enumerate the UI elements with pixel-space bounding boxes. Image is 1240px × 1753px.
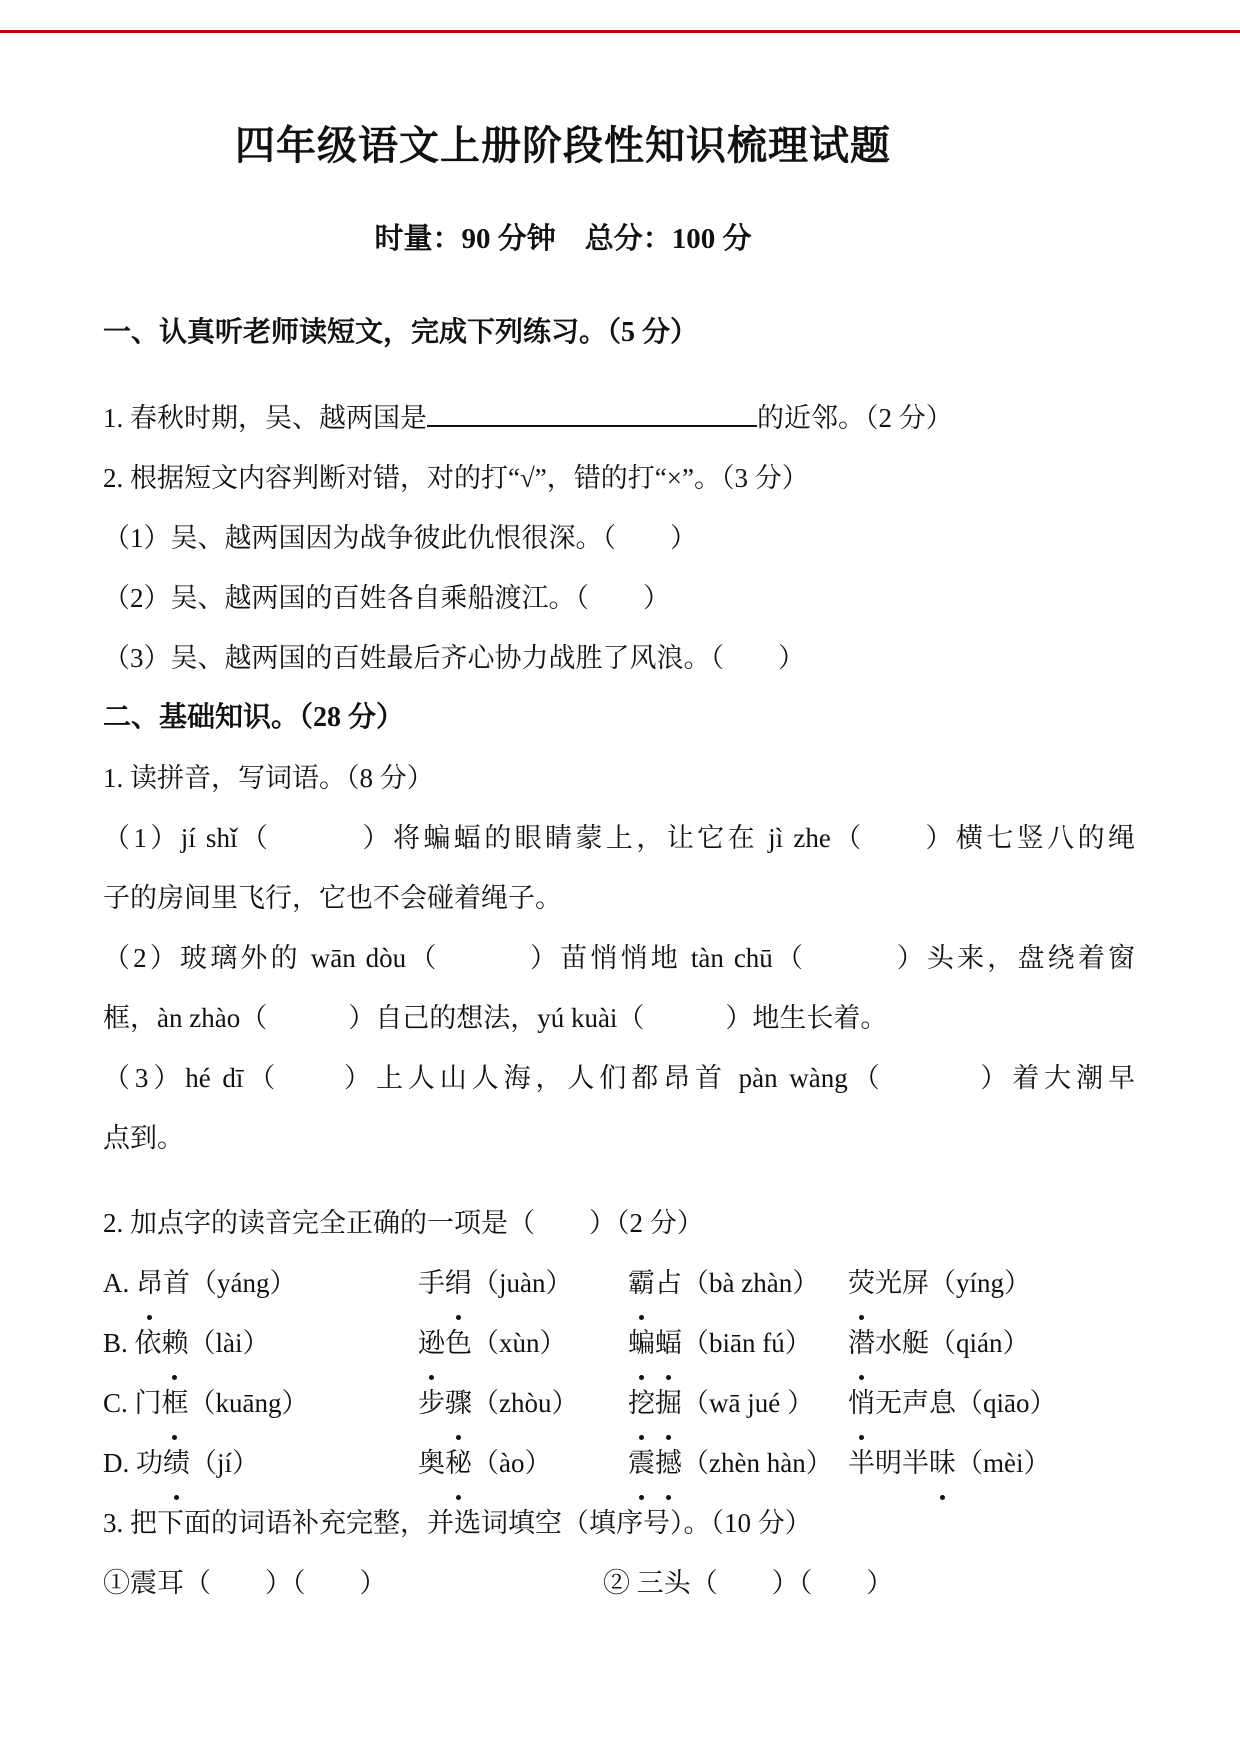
section-2-heading: 二、基础知识。（28 分） [103, 688, 1135, 748]
emphasis-dotted-char: 赖 [162, 1313, 189, 1373]
emphasis-dotted-char: 绩 [163, 1433, 190, 1493]
judge-item-1: （1）吴、越两国因为战争彼此仇恨很深。（ ） [103, 508, 1135, 568]
choices-block: A. 昂首（yáng）手绢（juàn）霸占（bà zhàn）荧光屏（yíng）B… [103, 1253, 1135, 1493]
fill-blank-line [427, 391, 757, 427]
judge-item-3: （3）吴、越两国的百姓最后齐心协力战胜了风浪。（ ） [103, 628, 1135, 688]
word-fill-item-1: ①震耳（ ）（ ） [103, 1553, 603, 1613]
emphasis-dotted-char: 逊 [418, 1313, 445, 1373]
question-1-pre: 1. 春秋时期，吴、越两国是 [103, 403, 427, 433]
choice-option: C. 门框（kuāng） [103, 1373, 418, 1433]
choice-option: 悄无声息（qiāo） [848, 1373, 1135, 1433]
question-1: 1. 春秋时期，吴、越两国是的近邻。（2 分） [103, 388, 1135, 448]
choice-option: 奥秘（ào） [418, 1433, 628, 1493]
question-2: 2. 根据短文内容判断对错，对的打“√”，错的打“×”。（3 分） [103, 448, 1135, 508]
choice-option: 震撼（zhèn hàn） [628, 1433, 848, 1493]
exam-page: 四年级语文上册阶段性知识梳理试题 时量：90 分钟 总分：100 分 一、认真听… [0, 0, 1240, 1613]
pinyin-line-1b: 子的房间里飞行，它也不会碰着绳子。 [103, 868, 1135, 928]
pinyin-line-2a: （2）玻璃外的 wān dòu（ ）苗悄悄地 tàn chū（ ）头来，盘绕着窗 [103, 928, 1135, 988]
page-title: 四年级语文上册阶段性知识梳理试题 [103, 0, 1023, 170]
top-red-divider [0, 30, 1240, 33]
pinyin-line-3a: （3）hé dī（ ）上人山人海，人们都昂首 pàn wàng（ ）着大潮早 [103, 1048, 1135, 1108]
choice-option: 手绢（juàn） [418, 1253, 628, 1313]
emphasis-dotted-char: 蝠 [655, 1313, 682, 1373]
emphasis-dotted-char: 绢 [445, 1253, 472, 1313]
section-1-heading: 一、认真听老师读短文，完成下列练习。（5 分） [103, 303, 1135, 363]
judge-item-2: （2）吴、越两国的百姓各自乘船渡江。（ ） [103, 568, 1135, 628]
choice-row: B. 依赖（lài）逊色（xùn）蝙蝠（biān fú）潜水艇（qián） [103, 1313, 1135, 1373]
emphasis-dotted-char: 昧 [929, 1433, 956, 1493]
choice-option: 半明半昧（mèi） [848, 1433, 1135, 1493]
choice-option: 逊色（xùn） [418, 1313, 628, 1373]
choice-option: 蝙蝠（biān fú） [628, 1313, 848, 1373]
word-fill-line: ①震耳（ ）（ ）② 三头（ ）（ ） [103, 1553, 1135, 1613]
exam-body: 一、认真听老师读短文，完成下列练习。（5 分） 1. 春秋时期，吴、越两国是的近… [103, 303, 1135, 1613]
pinyin-line-1a: （1）jí shǐ（ ）将蝙蝠的眼睛蒙上，让它在 jì zhe（ ）横七竖八的绳 [103, 808, 1135, 868]
emphasis-dotted-char: 挖 [628, 1373, 655, 1433]
emphasis-dotted-char: 昂 [136, 1253, 163, 1313]
emphasis-dotted-char: 骤 [445, 1373, 472, 1433]
choice-row: A. 昂首（yáng）手绢（juàn）霸占（bà zhàn）荧光屏（yíng） [103, 1253, 1135, 1313]
emphasis-dotted-char: 震 [628, 1433, 655, 1493]
pinyin-line-3b: 点到。 [103, 1108, 1135, 1168]
basics-question-2: 2. 加点字的读音完全正确的一项是（ ）（2 分） [103, 1193, 1135, 1253]
choice-row: D. 功绩（jí）奥秘（ào）震撼（zhèn hàn）半明半昧（mèi） [103, 1433, 1135, 1493]
word-fill-item-2: ② 三头（ ）（ ） [603, 1568, 893, 1598]
choice-option: 荧光屏（yíng） [848, 1253, 1135, 1313]
choice-option: 霸占（bà zhàn） [628, 1253, 848, 1313]
exam-meta-time-score: 时量：90 分钟 总分：100 分 [103, 222, 1023, 257]
choice-row: C. 门框（kuāng）步骤（zhòu）挖掘（wā jué ）悄无声息（qiāo… [103, 1373, 1135, 1433]
choice-option: B. 依赖（lài） [103, 1313, 418, 1373]
emphasis-dotted-char: 悄 [848, 1373, 875, 1433]
emphasis-dotted-char: 蝙 [628, 1313, 655, 1373]
emphasis-dotted-char: 霸 [628, 1253, 655, 1313]
emphasis-dotted-char: 潜 [848, 1313, 875, 1373]
emphasis-dotted-char: 撼 [655, 1433, 682, 1493]
emphasis-dotted-char: 框 [162, 1373, 189, 1433]
choice-option: 潜水艇（qián） [848, 1313, 1135, 1373]
emphasis-dotted-char: 掘 [655, 1373, 682, 1433]
emphasis-dotted-char: 秘 [445, 1433, 472, 1493]
question-1-post: 的近邻。（2 分） [757, 403, 953, 433]
emphasis-dotted-char: 荧 [848, 1253, 875, 1313]
choice-option: D. 功绩（jí） [103, 1433, 418, 1493]
basics-question-1: 1. 读拼音，写词语。（8 分） [103, 748, 1135, 808]
choice-option: A. 昂首（yáng） [103, 1253, 418, 1313]
choice-option: 步骤（zhòu） [418, 1373, 628, 1433]
basics-question-3: 3. 把下面的词语补充完整，并选词填空（填序号）。（10 分） [103, 1493, 1135, 1553]
choice-option: 挖掘（wā jué ） [628, 1373, 848, 1433]
pinyin-line-2b: 框，àn zhào（ ）自己的想法，yú kuài（ ）地生长着。 [103, 988, 1135, 1048]
